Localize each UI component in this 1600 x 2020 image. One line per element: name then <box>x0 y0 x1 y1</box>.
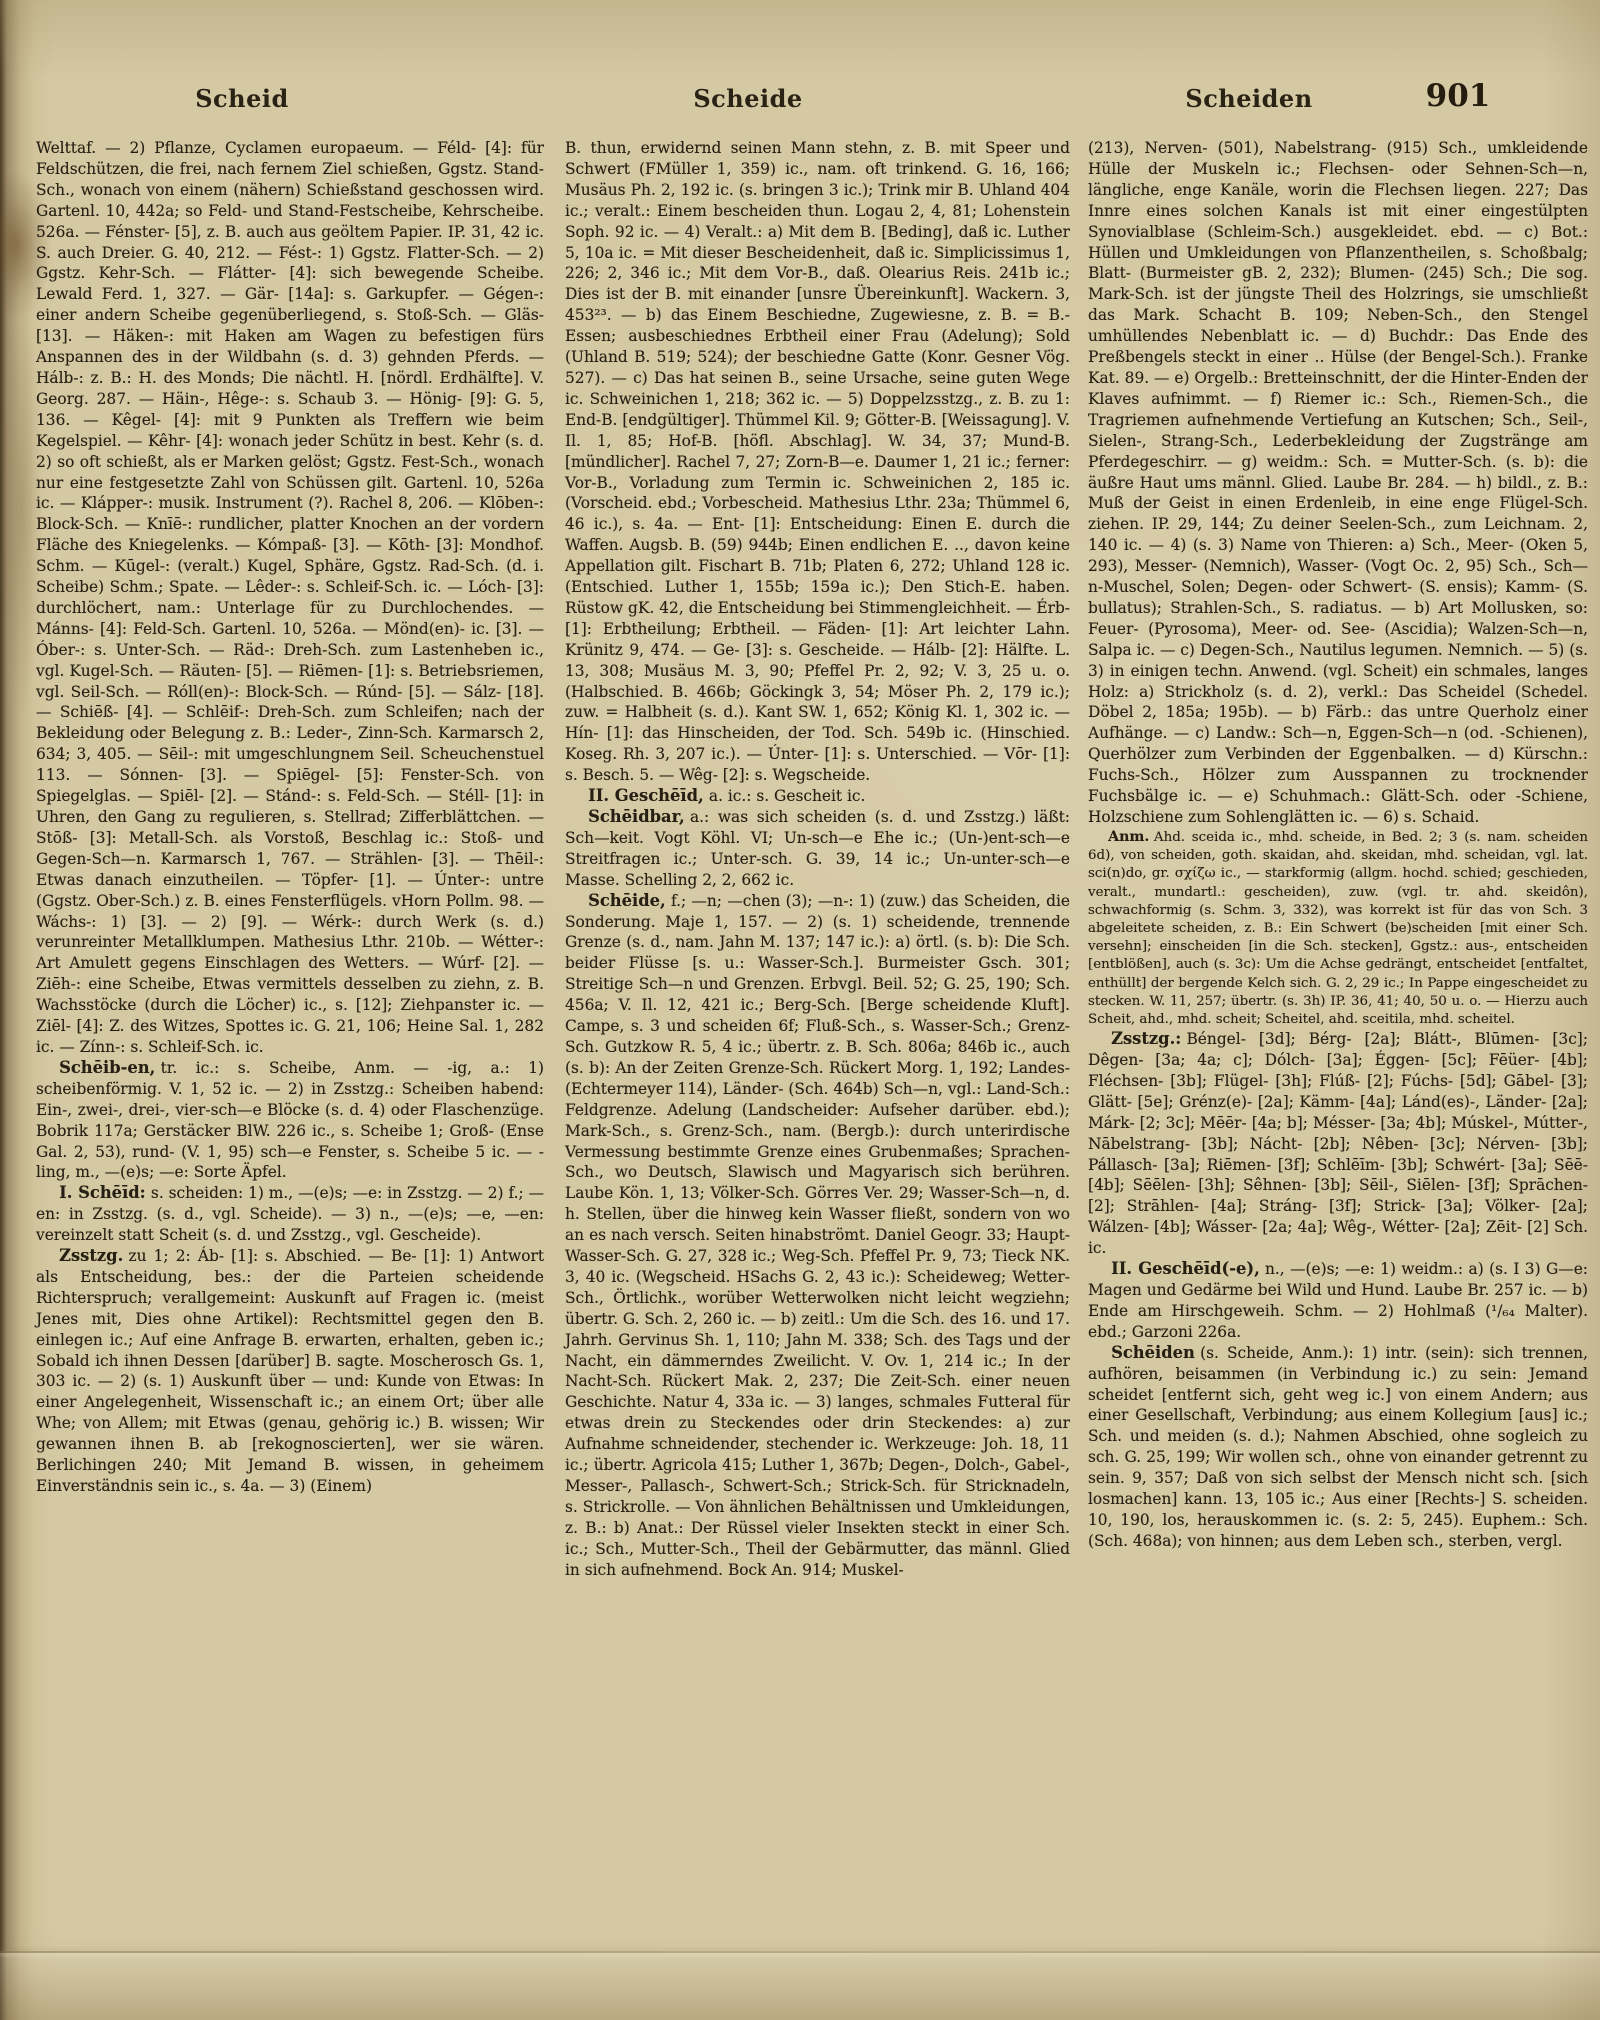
headword: Schēidbar, <box>588 807 685 826</box>
paragraph-text: a. ic.: s. Gescheit ic. <box>709 787 866 805</box>
paragraph-text: (213), Nerven- (501), Nabelstrang- (915)… <box>1088 139 1588 826</box>
headword: Schēib-en, <box>59 1058 155 1077</box>
paragraph-text: Welttaf. — 2) Pflanze, Cyclamen europaeu… <box>36 139 544 1056</box>
dictionary-paragraph: B. thun, erwidernd seinen Mann stehn, z.… <box>565 138 1070 786</box>
text-column-left: Welttaf. — 2) Pflanze, Cyclamen europaeu… <box>36 138 544 1497</box>
paragraph-text: (s. Scheide, Anm.): 1) intr. (sein): sic… <box>1088 1344 1588 1550</box>
dictionary-paragraph: Schēiden(s. Scheide, Anm.): 1) intr. (se… <box>1088 1343 1588 1552</box>
dictionary-paragraph: Schēidbar,a.: was sich scheiden (s. d. u… <box>565 807 1070 891</box>
dictionary-paragraph: I. Schēīd:s. scheiden: 1) m., —(e)s; —e:… <box>36 1183 544 1246</box>
text-column-right: (213), Nerven- (501), Nabelstrang- (915)… <box>1088 138 1588 1552</box>
headword: II. Geschēīd(-e), <box>1111 1259 1260 1278</box>
headword: Schēiden <box>1111 1343 1195 1362</box>
headword: II. Geschēīd, <box>588 786 704 805</box>
running-head-left: Scheid <box>195 84 289 113</box>
running-head-right: Scheiden <box>1185 84 1312 113</box>
headword: I. Schēīd: <box>59 1183 146 1202</box>
paragraph-text: Ahd. sceida ic., mhd. scheide, in Bed. 2… <box>1088 830 1588 1027</box>
dictionary-paragraph: Welttaf. — 2) Pflanze, Cyclamen europaeu… <box>36 138 544 1058</box>
text-column-middle: B. thun, erwidernd seinen Mann stehn, z.… <box>565 138 1070 1581</box>
paragraph-text: f.; —n; —chen (3); —n-: 1) (zuw.) das Sc… <box>565 892 1070 1579</box>
dictionary-paragraph: II. Geschēīd(-e),n., —(e)s; —e: 1) weidm… <box>1088 1259 1588 1343</box>
dictionary-paragraph: (213), Nerven- (501), Nabelstrang- (915)… <box>1088 138 1588 828</box>
paragraph-text: B. thun, erwidernd seinen Mann stehn, z.… <box>565 139 1070 784</box>
dictionary-paragraph: Zsstzg.:Béngel- [3d]; Bérg- [2a]; Blátt-… <box>1088 1029 1588 1259</box>
headword: Zsstzg. <box>59 1246 123 1265</box>
page-number: 901 <box>1426 78 1491 114</box>
headword: Schēide, <box>588 891 666 910</box>
dictionary-paragraph: Schēib-en,tr. ic.: s. Scheibe, Anm. — -i… <box>36 1058 544 1183</box>
dictionary-paragraph: Zsstzg.zu 1; 2: Áb- [1]: s. Abschied. — … <box>36 1246 544 1497</box>
paragraph-text: zu 1; 2: Áb- [1]: s. Abschied. — Be- [1]… <box>36 1247 544 1495</box>
running-head-center: Scheide <box>693 84 802 113</box>
dictionary-note-paragraph: Anm.Ahd. sceida ic., mhd. scheide, in Be… <box>1088 828 1588 1029</box>
dictionary-paragraph: Schēide,f.; —n; —chen (3); —n-: 1) (zuw.… <box>565 891 1070 1581</box>
headword: Zsstzg.: <box>1111 1029 1181 1048</box>
dictionary-page: Scheid Scheide Scheiden 901 Welttaf. — 2… <box>0 0 1600 2020</box>
dictionary-paragraph: II. Geschēīd,a. ic.: s. Gescheit ic. <box>565 786 1070 807</box>
paragraph-text: tr. ic.: s. Scheibe, Anm. — -ig, a.: 1) … <box>36 1059 544 1182</box>
paragraph-text: Béngel- [3d]; Bérg- [2a]; Blátt-, Blūmen… <box>1088 1030 1588 1257</box>
paper-bottom-band <box>0 1953 1600 2020</box>
headword: Anm. <box>1108 829 1149 845</box>
running-header: Scheid Scheide Scheiden 901 <box>0 84 1600 124</box>
